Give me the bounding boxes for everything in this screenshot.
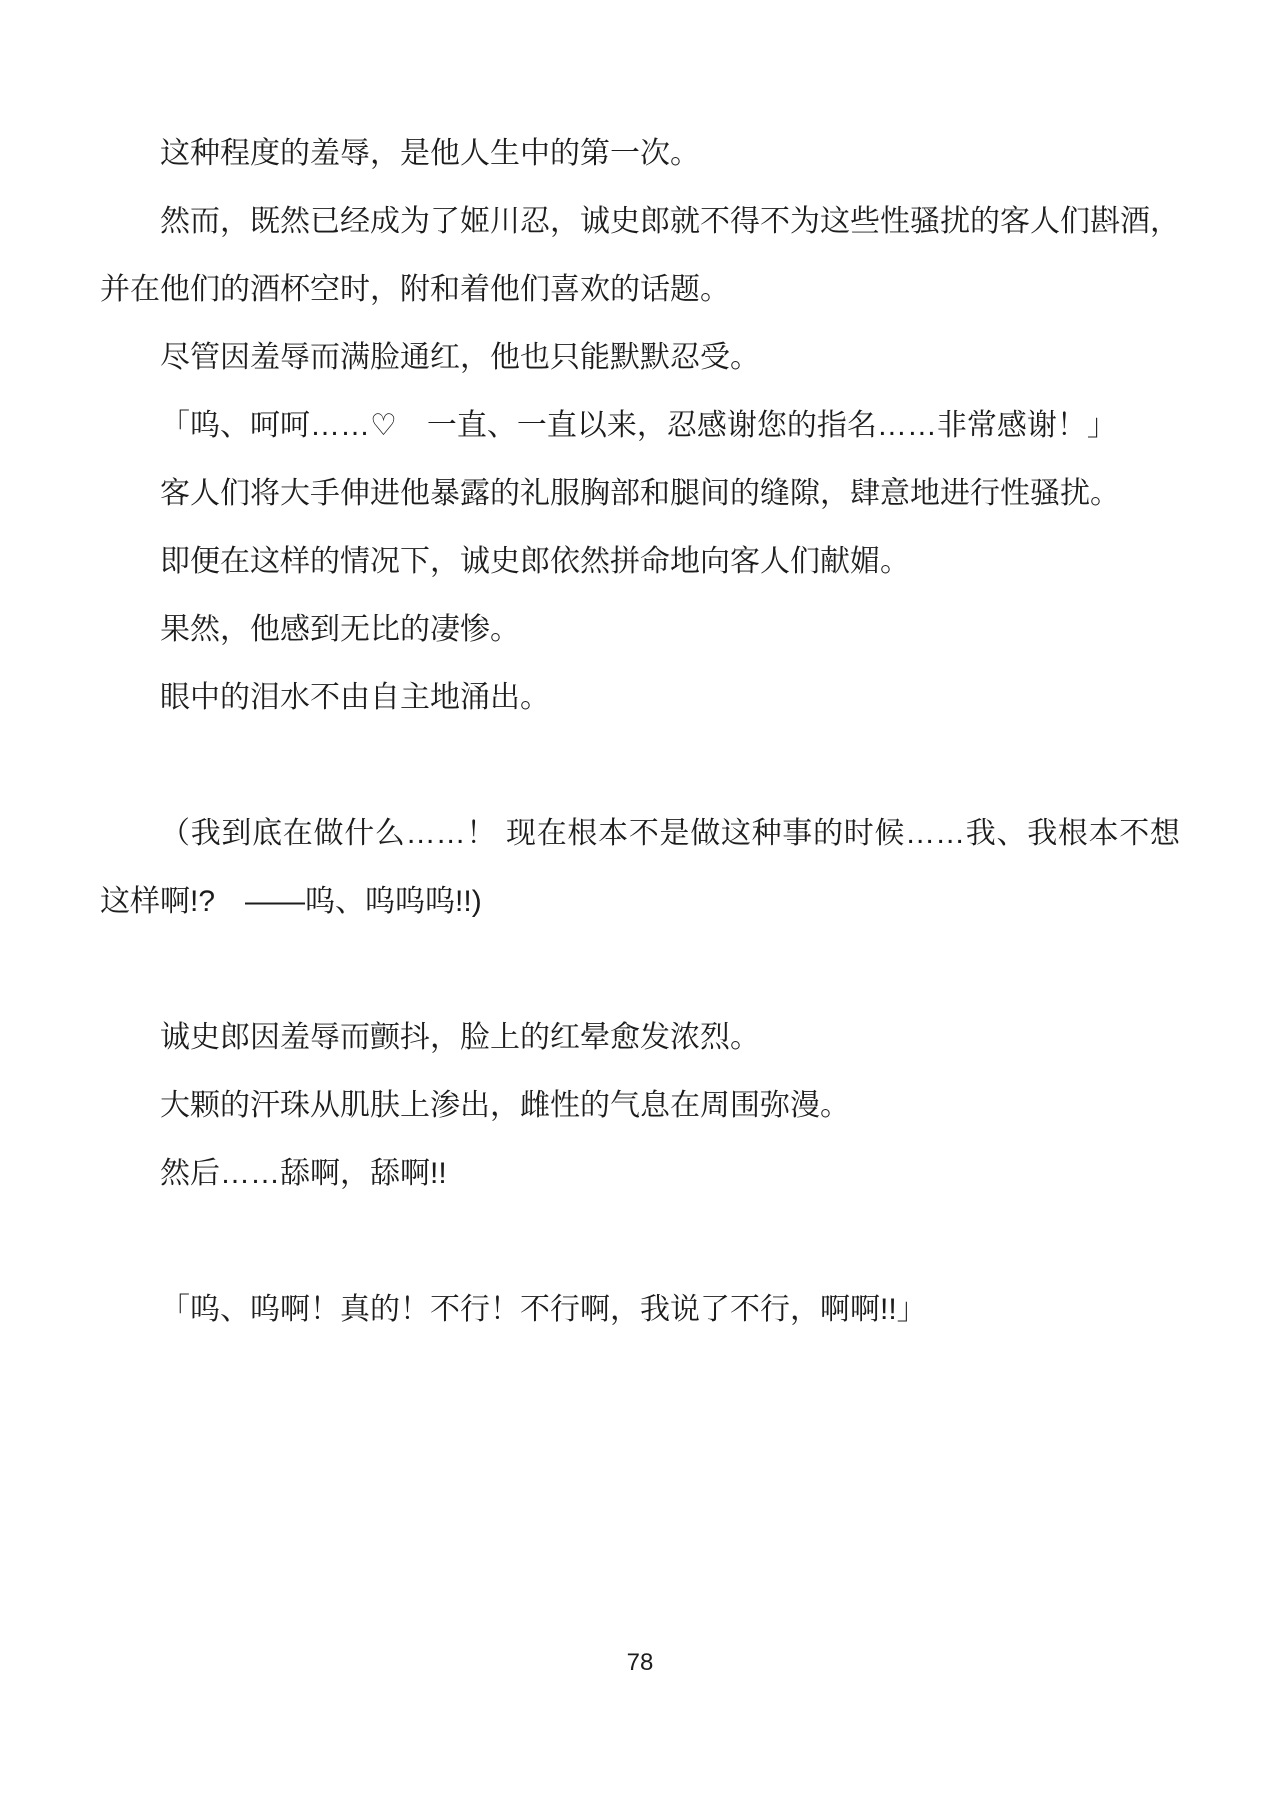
paragraph: 果然，他感到无比的凄惨。 [100,596,1180,664]
page-footer: 78 [0,1648,1280,1678]
paragraph: 客人们将大手伸进他暴露的礼服胸部和腿间的缝隙，肆意地进行性骚扰。 [100,460,1180,528]
paragraph: 这种程度的羞辱，是他人生中的第一次。 [100,120,1180,188]
paragraph: 大颗的汗珠从肌肤上渗出，雌性的气息在周围弥漫。 [100,1072,1180,1140]
paragraph: 即便在这样的情况下，诚史郎依然拼命地向客人们献媚。 [100,528,1180,596]
paragraph: 诚史郎因羞辱而颤抖，脸上的红晕愈发浓烈。 [100,1004,1180,1072]
inner-monologue-line: （我到底在做什么……！ 现在根本不是做这种事的时候……我、我根本不想这样啊!? … [100,800,1180,936]
document-page: 这种程度的羞辱，是他人生中的第一次。 然而，既然已经成为了姬川忍，诚史郎就不得不… [0,0,1280,1810]
paragraph: 然而，既然已经成为了姬川忍，诚史郎就不得不为这些性骚扰的客人们斟酒，并在他们的酒… [100,188,1180,324]
page-number: 78 [627,1649,654,1676]
paragraph: 尽管因羞辱而满脸通红，他也只能默默忍受。 [100,324,1180,392]
dialogue-line: 「呜、呵呵……♡ 一直、一直以来，忍感谢您的指名……非常感谢！」 [100,392,1180,460]
paragraph: 眼中的泪水不由自主地涌出。 [100,664,1180,732]
text-body: 这种程度的羞辱，是他人生中的第一次。 然而，既然已经成为了姬川忍，诚史郎就不得不… [100,120,1180,1344]
dialogue-line: 「呜、呜啊！真的！不行！不行啊，我说了不行，啊啊!!」 [100,1276,1180,1344]
paragraph: 然后……舔啊，舔啊!! [100,1140,1180,1208]
